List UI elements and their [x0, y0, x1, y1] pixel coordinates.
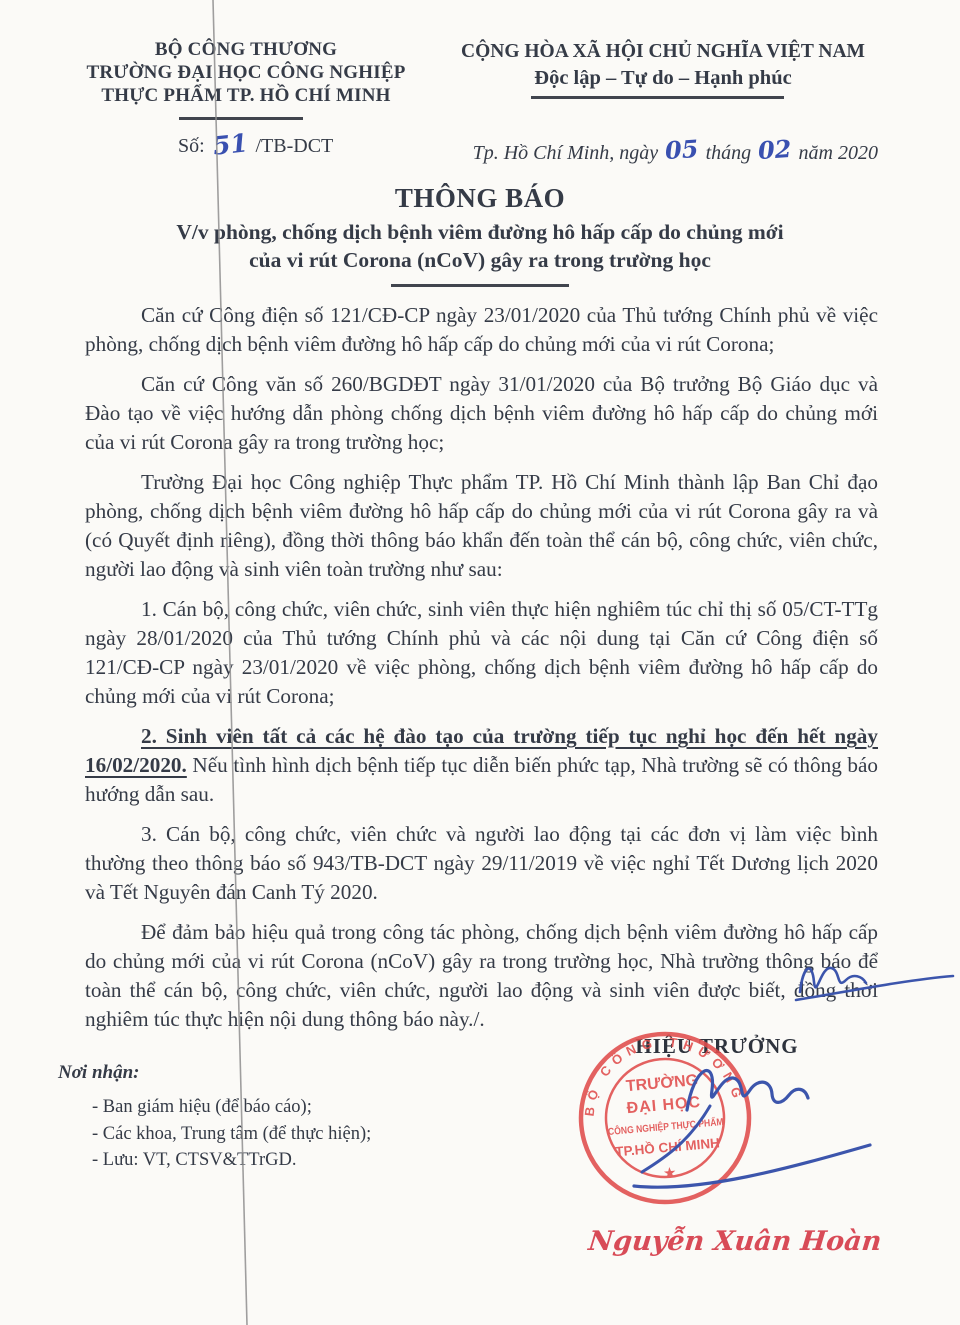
paragraph-item-3: 3. Cán bộ, công chức, viên chức và người… [85, 820, 878, 907]
title-underline-rule [391, 284, 569, 287]
university-name-line2: THỰC PHẨM TP. HỒ CHÍ MINH [60, 84, 432, 107]
motto-underline-rule [531, 96, 784, 99]
recipients-list: - Ban giám hiệu (để báo cáo); - Các khoa… [92, 1094, 371, 1174]
handwritten-initial-scribble [790, 950, 960, 1012]
date-middle: tháng [706, 142, 752, 164]
recipients-label: Nơi nhận: [58, 1062, 139, 1084]
doc-number-label: Số: [178, 135, 205, 157]
doc-number-suffix: /TB-DCT [255, 135, 333, 157]
signer-name: Nguyễn Xuân Hoàn [563, 1226, 906, 1257]
paragraph-item-1: 1. Cán bộ, công chức, viên chức, sinh vi… [85, 595, 878, 711]
document-body: Căn cứ Công điện số 121/CĐ-CP ngày 23/01… [85, 301, 878, 1045]
handwritten-month: 02 [757, 134, 792, 165]
paragraph-basis-2: Căn cứ Công văn số 260/BGDĐT ngày 31/01/… [85, 370, 878, 457]
paragraph-intro: Trường Đại học Công nghiệp Thực phẩm TP.… [85, 468, 878, 584]
scanned-official-notice: BỘ CÔNG THƯƠNG TRƯỜNG ĐẠI HỌC CÔNG NGHIỆ… [0, 0, 960, 1325]
issuing-authority-block: BỘ CÔNG THƯƠNG TRƯỜNG ĐẠI HỌC CÔNG NGHIỆ… [60, 38, 432, 107]
place-date-line: Tp. Hồ Chí Minh, ngày 05 tháng 02 năm 20… [440, 136, 878, 165]
paragraph-item-2: 2. Sinh viên tất cả các hệ đào tạo của t… [85, 722, 878, 809]
ministry-name: BỘ CÔNG THƯƠNG [60, 38, 432, 61]
recipient-item: - Ban giám hiệu (để báo cáo); [92, 1094, 371, 1121]
subject-line-1: V/v phòng, chống dịch bệnh viêm đường hô… [0, 220, 960, 245]
signature-descender-stroke [642, 1106, 710, 1172]
national-header-block: CỘNG HÒA XÃ HỘI CHỦ NGHĨA VIỆT NAM Độc l… [438, 40, 888, 90]
handwritten-signature [590, 1040, 950, 1200]
paragraph-basis-1: Căn cứ Công điện số 121/CĐ-CP ngày 23/01… [85, 301, 878, 359]
item-2-rest: Nếu tình hình dịch bệnh tiếp tục diễn bi… [85, 753, 878, 806]
recipient-item: - Lưu: VT, CTSV&TTrGD. [92, 1147, 371, 1174]
national-motto-line1: CỘNG HÒA XÃ HỘI CHỦ NGHĨA VIỆT NAM [438, 40, 888, 64]
doc-number-handwritten-value: 51 [211, 128, 249, 160]
date-suffix: năm 2020 [799, 142, 878, 164]
paragraph-closing: Để đảm bảo hiệu quả trong công tác phòng… [85, 918, 878, 1034]
university-name-line1: TRƯỜNG ĐẠI HỌC CÔNG NGHIỆP [60, 61, 432, 84]
national-motto-line2: Độc lập – Tự do – Hạnh phúc [438, 66, 888, 90]
scribble-stroke [800, 968, 866, 992]
handwritten-day: 05 [664, 134, 699, 165]
document-number-line: Số: 51 /TB-DCT [178, 129, 333, 158]
subject-line-2: của vi rút Corona (nCoV) gây ra trong tr… [0, 248, 960, 273]
recipient-item: - Các khoa, Trung tâm (để thực hiện); [92, 1121, 371, 1148]
signature-loops-stroke [687, 1071, 808, 1110]
left-header-rule [179, 117, 303, 120]
date-prefix: Tp. Hồ Chí Minh, ngày [473, 142, 659, 164]
document-title: THÔNG BÁO [0, 183, 960, 214]
